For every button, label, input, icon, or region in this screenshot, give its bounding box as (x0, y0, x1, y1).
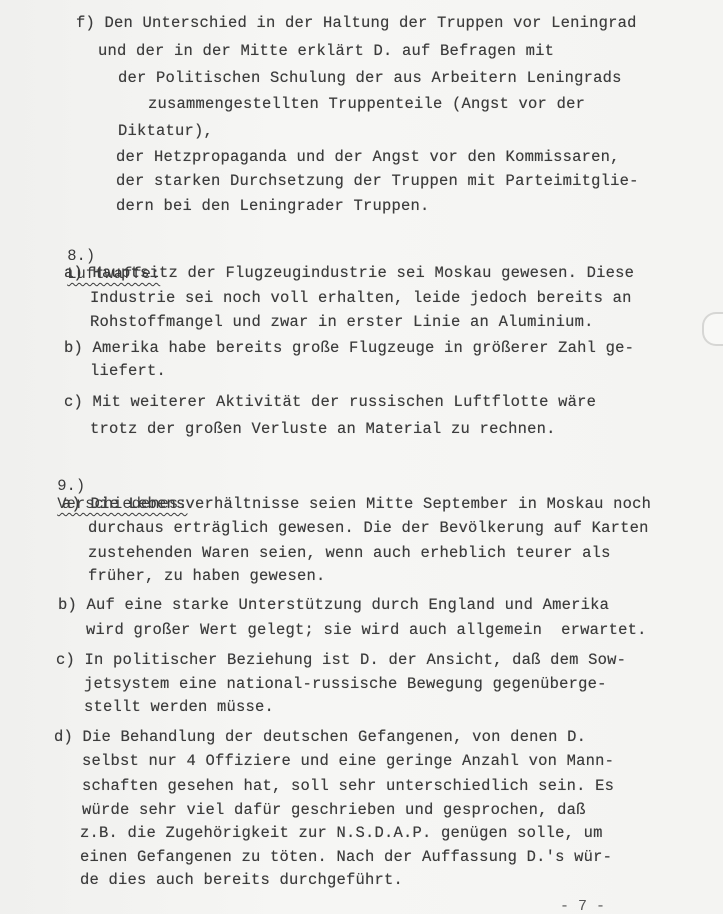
section-9-number: 9.) (57, 477, 85, 495)
section-7f-line-4: zusammengestellten Truppenteile (Angst v… (148, 95, 585, 113)
section-7f-line-2: und der in der Mitte erklärt D. auf Befr… (98, 42, 554, 60)
section-9d-line-3: schaften gesehen hat, soll sehr untersch… (82, 777, 614, 795)
section-8a-line-2: Industrie sei noch voll erhalten, leide … (90, 289, 632, 307)
section-9c-line-1: c) In politischer Beziehung ist D. der A… (56, 651, 626, 669)
section-9a-line-3: zustehenden Waren seien, wenn auch erheb… (88, 544, 611, 562)
section-9b-line-1: b) Auf eine starke Unterstützung durch E… (58, 596, 609, 614)
section-8-number: 8.) (67, 247, 95, 265)
section-9a-line-1: a) Die Lebensverhältnisse seien Mitte Se… (62, 495, 651, 513)
section-8a-line-1: a) Hauptsitz der Flugzeugindustrie sei M… (64, 264, 634, 282)
section-7f-line-3: der Politischen Schulung der aus Arbeite… (118, 69, 622, 87)
section-9b-line-2: wird großer Wert gelegt; sie wird auch a… (86, 621, 647, 639)
section-9d-line-1: d) Die Behandlung der deutschen Gefangen… (54, 728, 586, 746)
document-page: f) Den Unterschied in der Haltung der Tr… (0, 0, 723, 914)
section-8c-line-2: trotz der großen Verluste an Material zu… (90, 420, 556, 438)
page-number: - 7 - (560, 898, 605, 914)
section-7f-line-1: f) Den Unterschied in der Haltung der Tr… (76, 14, 637, 32)
section-9d-line-5: z.B. die Zugehörigkeit zur N.S.D.A.P. ge… (80, 824, 603, 842)
section-9a-line-4: früher, zu haben gewesen. (88, 567, 326, 585)
section-9d-line-6: einen Gefangenen zu töten. Nach der Auff… (80, 848, 612, 866)
section-8c-line-1: c) Mit weiterer Aktivität der russischen… (64, 393, 596, 411)
section-7f-line-5: Diktatur), (118, 122, 213, 140)
section-8b-line-2: liefert. (90, 362, 166, 380)
section-9d-line-2: selbst nur 4 Offiziere und eine geringe … (82, 752, 614, 770)
section-8b-line-1: b) Amerika habe bereits große Flugzeuge … (64, 339, 634, 357)
section-7f-line-8: dern bei den Leningrader Truppen. (116, 197, 430, 215)
punch-hole-mark (702, 312, 723, 346)
section-8a-line-3: Rohstoffmangel und zwar in erster Linie … (90, 313, 594, 331)
section-9c-line-2: jetsystem eine national-russische Bewegu… (84, 675, 607, 693)
section-9c-line-3: stellt werden müsse. (84, 698, 274, 716)
section-7f-line-7: der starken Durchsetzung der Truppen mit… (116, 172, 639, 190)
section-7f-line-6: der Hetzpropaganda und der Angst vor den… (116, 148, 620, 166)
section-9d-line-7: de dies auch bereits durchgeführt. (80, 871, 403, 889)
section-9d-line-4: würde sehr viel dafür geschrieben und ge… (82, 801, 586, 819)
section-9a-line-2: durchaus erträglich gewesen. Die der Bev… (88, 519, 649, 537)
